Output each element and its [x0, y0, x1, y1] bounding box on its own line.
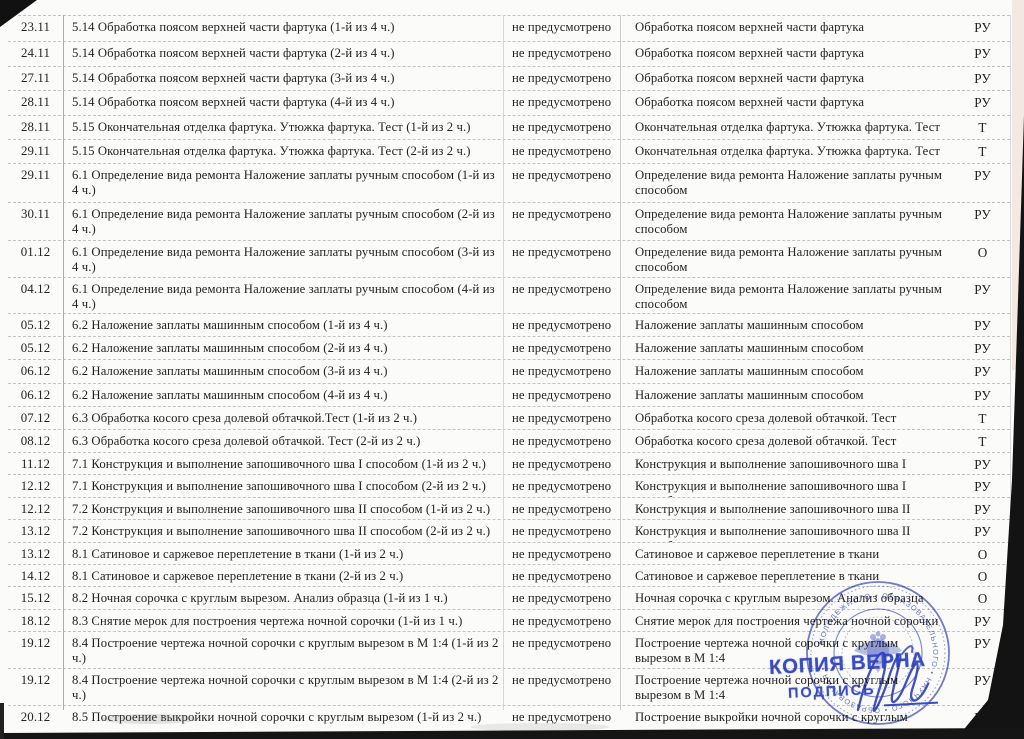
- repeat-topic: Конструкция и выполнение запошивочного ш…: [620, 475, 955, 498]
- lesson-date: 28.11: [8, 91, 63, 115]
- lesson-date: 14.12: [8, 565, 63, 586]
- table-row: 06.12 6.2 Наложение заплаты машинным спо…: [8, 360, 1010, 384]
- lesson-date: 29.11: [8, 164, 63, 202]
- repeat-topic: Построение выкройки ночной сорочки с кру…: [620, 706, 955, 738]
- table-vertical-border: [1010, 15, 1011, 710]
- lesson-type: РУ: [955, 498, 1010, 520]
- scanned-document-page: 23.11 5.14 Обработка поясом верхней част…: [0, 0, 1024, 739]
- table-row: 14.12 8.1 Сатиновое и саржевое переплете…: [8, 565, 1010, 587]
- table-row: 08.12 6.3 Обработка косого среза долевой…: [8, 430, 1010, 453]
- lesson-date: 20.12: [8, 706, 63, 738]
- table-row: 20.12 8.5 Построение выкройки ночной сор…: [8, 706, 1010, 738]
- lesson-type: РУ: [955, 520, 1010, 543]
- lesson-date: 12.12: [8, 475, 63, 498]
- table-row: 28.11 5.15 Окончательная отделка фартука…: [8, 116, 1010, 140]
- table-row: 28.11 5.14 Обработка поясом верхней част…: [8, 91, 1010, 116]
- table-row: 27.11 5.14 Обработка поясом верхней част…: [8, 67, 1010, 91]
- lesson-type: РУ: [955, 610, 1010, 631]
- lesson-date: 29.11: [8, 140, 63, 163]
- lesson-type: О: [955, 587, 1010, 609]
- table-row: 29.11 6.1 Определение вида ремонта Налож…: [8, 164, 1010, 203]
- repeat-topic: Обработка поясом верхней части фартука: [620, 16, 955, 41]
- table-row: 15.12 8.2 Ночная сорочка с круглым вырез…: [8, 587, 1010, 610]
- lesson-topic: 6.1 Определение вида ремонта Наложение з…: [63, 278, 503, 313]
- lesson-topic: 7.1 Конструкция и выполнение запошивочно…: [63, 475, 503, 498]
- homework-cell: не предусмотрено: [503, 407, 620, 429]
- lesson-type: Т: [955, 140, 1010, 163]
- lesson-topic: 5.15 Окончательная отделка фартука. Утюж…: [63, 140, 503, 163]
- homework-cell: не предусмотрено: [503, 543, 620, 564]
- lesson-date: 12.12: [8, 498, 63, 520]
- homework-cell: не предусмотрено: [503, 669, 620, 705]
- lesson-type: РУ: [955, 632, 1010, 668]
- table-row: 30.11 6.1 Определение вида ремонта Налож…: [8, 203, 1010, 241]
- table-vertical-border: [63, 15, 64, 710]
- lesson-topic: 5.14 Обработка поясом верхней части фарт…: [63, 91, 503, 115]
- table-row: 12.12 7.2 Конструкция и выполнение запош…: [8, 498, 1010, 520]
- homework-cell: не предусмотрено: [503, 520, 620, 543]
- homework-cell: не предусмотрено: [503, 610, 620, 631]
- lesson-topic: 8.1 Сатиновое и саржевое переплетение в …: [63, 543, 503, 564]
- lesson-date: 30.11: [8, 203, 63, 240]
- repeat-topic: Наложение заплаты машинным способом: [620, 384, 955, 406]
- table-row: 19.12 8.4 Построение чертежа ночной соро…: [8, 632, 1010, 669]
- table-row: 13.12 7.2 Конструкция и выполнение запош…: [8, 520, 1010, 543]
- lesson-date: 05.12: [8, 337, 63, 359]
- repeat-topic: Определение вида ремонта Наложение запла…: [620, 203, 955, 240]
- lesson-topic: 8.5 Построение выкройки ночной сорочки с…: [63, 706, 503, 738]
- lesson-date: 19.12: [8, 632, 63, 668]
- repeat-topic: Сатиновое и саржевое переплетение в ткан…: [620, 543, 955, 564]
- homework-cell: не предусмотрено: [503, 91, 620, 115]
- lesson-type: РУ: [955, 203, 1010, 240]
- lesson-date: 23.11: [8, 16, 63, 41]
- repeat-topic: Наложение заплаты машинным способом: [620, 337, 955, 359]
- table-row: 12.12 7.1 Конструкция и выполнение запош…: [8, 475, 1010, 498]
- lesson-topic: 7.1 Конструкция и выполнение запошивочно…: [63, 453, 503, 475]
- homework-cell: не предусмотрено: [503, 565, 620, 586]
- scan-edge-shadow-left: [0, 703, 4, 739]
- lesson-topic: 8.4 Построение чертежа ночной сорочки с …: [63, 669, 503, 705]
- lesson-type: РУ: [955, 42, 1010, 66]
- lesson-date: 28.11: [8, 116, 63, 139]
- table-row: 23.11 5.14 Обработка поясом верхней част…: [8, 16, 1010, 42]
- lesson-type: РУ: [955, 91, 1010, 115]
- lesson-date: 07.12: [8, 407, 63, 429]
- lesson-topic: 6.2 Наложение заплаты машинным способом …: [63, 314, 503, 336]
- repeat-topic: Окончательная отделка фартука. Утюжка фа…: [620, 140, 955, 163]
- lesson-topic: 5.14 Обработка поясом верхней части фарт…: [63, 42, 503, 66]
- table-row: 13.12 8.1 Сатиновое и саржевое переплете…: [8, 543, 1010, 565]
- repeat-topic: Обработка поясом верхней части фартука: [620, 67, 955, 90]
- lesson-date: 01.12: [8, 241, 63, 277]
- repeat-topic: Конструкция и выполнение запошивочного ш…: [620, 453, 955, 475]
- lesson-date: 06.12: [8, 360, 63, 383]
- repeat-topic: Обработка поясом верхней части фартука: [620, 91, 955, 115]
- table-row: 05.12 6.2 Наложение заплаты машинным спо…: [8, 337, 1010, 360]
- lesson-type: РУ: [955, 164, 1010, 202]
- lesson-date: 15.12: [8, 587, 63, 609]
- repeat-topic: Конструкция и выполнение запошивочного ш…: [620, 520, 955, 543]
- lesson-date: 08.12: [8, 430, 63, 452]
- table-row: 06.12 6.2 Наложение заплаты машинным спо…: [8, 384, 1010, 407]
- lesson-type: РУ: [955, 384, 1010, 406]
- lesson-date: 13.12: [8, 520, 63, 543]
- table-row: 29.11 5.15 Окончательная отделка фартука…: [8, 140, 1010, 164]
- lesson-type: РУ: [955, 278, 1010, 313]
- homework-cell: не предусмотрено: [503, 632, 620, 668]
- lesson-topic: 6.2 Наложение заплаты машинным способом …: [63, 337, 503, 359]
- lesson-type: О: [955, 565, 1010, 586]
- lesson-date: 18.12: [8, 610, 63, 631]
- homework-cell: не предусмотрено: [503, 498, 620, 520]
- lesson-type: Т: [955, 116, 1010, 139]
- repeat-topic: Определение вида ремонта Наложение запла…: [620, 241, 955, 277]
- lesson-topic: 8.3 Снятие мерок для построения чертежа …: [63, 610, 503, 631]
- homework-cell: не предусмотрено: [503, 16, 620, 41]
- lesson-topic: 6.1 Определение вида ремонта Наложение з…: [63, 203, 503, 240]
- lesson-topic: 5.14 Обработка поясом верхней части фарт…: [63, 67, 503, 90]
- lesson-type: РУ: [955, 706, 1010, 738]
- homework-cell: не предусмотрено: [503, 67, 620, 90]
- table-row: 11.12 7.1 Конструкция и выполнение запош…: [8, 453, 1010, 475]
- homework-cell: не предусмотрено: [503, 116, 620, 139]
- table-row: 07.12 6.3 Обработка косого среза долевой…: [8, 407, 1010, 430]
- homework-cell: не предусмотрено: [503, 475, 620, 498]
- table-row: 24.11 5.14 Обработка поясом верхней част…: [8, 42, 1010, 67]
- repeat-topic: Построение чертежа ночной сорочки с круг…: [620, 669, 955, 705]
- repeat-topic: Определение вида ремонта Наложение запла…: [620, 164, 955, 202]
- repeat-topic: Наложение заплаты машинным способом: [620, 360, 955, 383]
- repeat-topic: Обработка косого среза долевой обтачкой.…: [620, 407, 955, 429]
- lesson-type: РУ: [955, 16, 1010, 41]
- table-vertical-border: [503, 15, 504, 710]
- repeat-topic: Построение чертежа ночной сорочки с круг…: [620, 632, 955, 668]
- lesson-topic: 6.2 Наложение заплаты машинным способом …: [63, 360, 503, 383]
- homework-cell: не предусмотрено: [503, 337, 620, 359]
- lesson-date: 11.12: [8, 453, 63, 475]
- lesson-topic: 6.2 Наложение заплаты машинным способом …: [63, 384, 503, 406]
- repeat-topic: Наложение заплаты машинным способом: [620, 314, 955, 336]
- scan-edge-tint: [1012, 0, 1024, 370]
- lesson-date: 06.12: [8, 384, 63, 406]
- lesson-type: РУ: [955, 314, 1010, 336]
- lesson-date: 19.12: [8, 669, 63, 705]
- homework-cell: не предусмотрено: [503, 360, 620, 383]
- lesson-type: РУ: [955, 337, 1010, 359]
- lesson-topic: 6.3 Обработка косого среза долевой обтач…: [63, 407, 503, 429]
- lesson-type: РУ: [955, 453, 1010, 475]
- homework-cell: не предусмотрено: [503, 453, 620, 475]
- lesson-date: 24.11: [8, 42, 63, 66]
- lesson-date: 05.12: [8, 314, 63, 336]
- lesson-type: Т: [955, 430, 1010, 452]
- repeat-topic: Конструкция и выполнение запошивочного ш…: [620, 498, 955, 520]
- lesson-date: 27.11: [8, 67, 63, 90]
- homework-cell: не предусмотрено: [503, 384, 620, 406]
- table-row: 05.12 6.2 Наложение заплаты машинным спо…: [8, 314, 1010, 337]
- homework-cell: не предусмотрено: [503, 430, 620, 452]
- homework-cell: не предусмотрено: [503, 203, 620, 240]
- repeat-topic: Определение вида ремонта Наложение запла…: [620, 278, 955, 313]
- lesson-type: РУ: [955, 360, 1010, 383]
- repeat-topic: Окончательная отделка фартука. Утюжка фа…: [620, 116, 955, 139]
- schedule-table: 23.11 5.14 Обработка поясом верхней част…: [8, 15, 1010, 738]
- homework-cell: не предусмотрено: [503, 42, 620, 66]
- lesson-date: 04.12: [8, 278, 63, 313]
- repeat-topic: Обработка косого среза долевой обтачкой.…: [620, 430, 955, 452]
- homework-cell: не предусмотрено: [503, 164, 620, 202]
- lesson-type: РУ: [955, 669, 1010, 705]
- homework-cell: не предусмотрено: [503, 314, 620, 336]
- lesson-type: Т: [955, 407, 1010, 429]
- lesson-topic: 5.15 Окончательная отделка фартука. Утюж…: [63, 116, 503, 139]
- lesson-topic: 6.1 Определение вида ремонта Наложение з…: [63, 164, 503, 202]
- table-vertical-border: [620, 15, 621, 710]
- lesson-topic: 7.2 Конструкция и выполнение запошивочно…: [63, 520, 503, 543]
- homework-cell: не предусмотрено: [503, 241, 620, 277]
- homework-cell: не предусмотрено: [503, 140, 620, 163]
- table-row: 01.12 6.1 Определение вида ремонта Налож…: [8, 241, 1010, 278]
- homework-cell: не предусмотрено: [503, 587, 620, 609]
- repeat-topic: Ночная сорочка с круглым вырезом. Анализ…: [620, 587, 955, 609]
- lesson-topic: 5.14 Обработка поясом верхней части фарт…: [63, 16, 503, 41]
- lesson-type: О: [955, 241, 1010, 277]
- repeat-topic: Обработка поясом верхней части фартука: [620, 42, 955, 66]
- lesson-topic: 6.1 Определение вида ремонта Наложение з…: [63, 241, 503, 277]
- table-row: 04.12 6.1 Определение вида ремонта Налож…: [8, 278, 1010, 314]
- homework-cell: не предусмотрено: [503, 278, 620, 313]
- lesson-date: 13.12: [8, 543, 63, 564]
- lesson-topic: 8.1 Сатиновое и саржевое переплетение в …: [63, 565, 503, 586]
- table-row: 19.12 8.4 Построение чертежа ночной соро…: [8, 669, 1010, 706]
- lesson-topic: 8.2 Ночная сорочка с круглым вырезом. Ан…: [63, 587, 503, 609]
- lesson-type: О: [955, 543, 1010, 564]
- lesson-type: РУ: [955, 67, 1010, 90]
- lesson-topic: 8.4 Построение чертежа ночной сорочки с …: [63, 632, 503, 668]
- repeat-topic: Снятие мерок для построения чертежа ночн…: [620, 610, 955, 631]
- homework-cell: не предусмотрено: [503, 706, 620, 738]
- repeat-topic: Сатиновое и саржевое переплетение в ткан…: [620, 565, 955, 586]
- lesson-topic: 6.3 Обработка косого среза долевой обтач…: [63, 430, 503, 452]
- lesson-topic: 7.2 Конструкция и выполнение запошивочно…: [63, 498, 503, 520]
- lesson-type: РУ: [955, 475, 1010, 498]
- table-row: 18.12 8.3 Снятие мерок для построения че…: [8, 610, 1010, 632]
